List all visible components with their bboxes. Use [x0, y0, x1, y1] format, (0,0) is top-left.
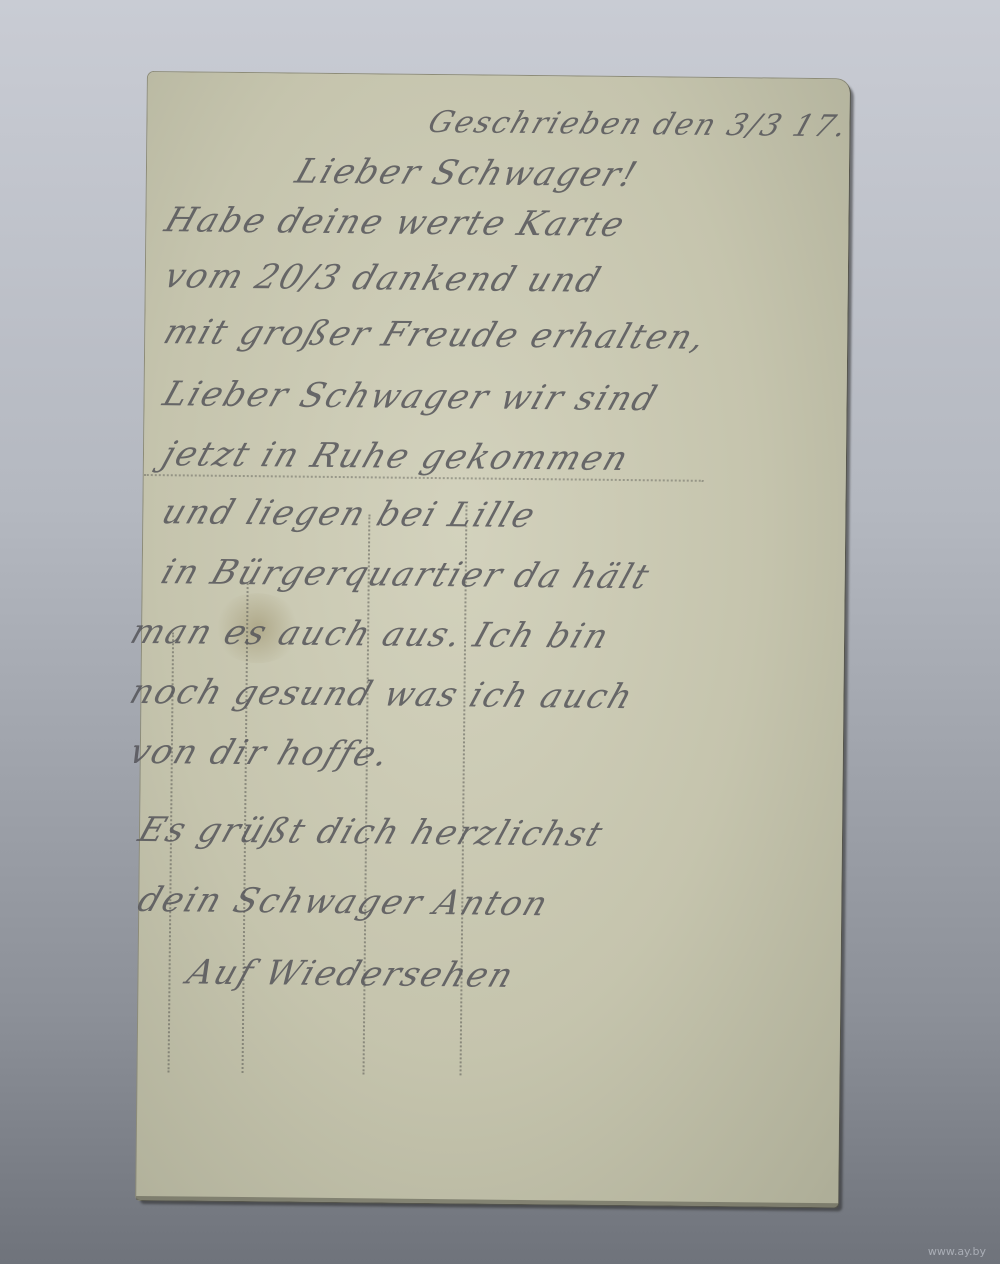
body-line: vom 20/3 dankend und	[159, 256, 607, 300]
body-line: und liegen bei Lille	[157, 492, 542, 536]
watermark: www.ay.by	[928, 1245, 986, 1258]
body-line: Habe deine werte Karte	[160, 200, 631, 245]
date-line: Geschrieben den 3/3 17.	[424, 105, 854, 144]
body-line: von dir hoffe.	[124, 732, 396, 775]
signature-line: dein Schwager Anton	[133, 880, 555, 924]
body-line: Lieber Schwager wir sind	[158, 374, 663, 419]
body-line: mit großer Freude erhalten,	[159, 312, 713, 358]
body-line: jetzt in Ruhe gekommen	[157, 434, 634, 479]
farewell-line: Auf Wiedersehen	[182, 953, 520, 996]
body-line: noch gesund was ich auch	[125, 672, 640, 717]
postcard: Geschrieben den 3/3 17. Lieber Schwager!…	[136, 72, 850, 1207]
body-line: man es auch aus. Ich bin	[125, 612, 615, 657]
body-line: in Bürgerquartier da hält	[156, 552, 656, 597]
salutation: Lieber Schwager!	[290, 152, 643, 195]
closing-line: Es grüßt dich herzlichst	[133, 810, 609, 855]
